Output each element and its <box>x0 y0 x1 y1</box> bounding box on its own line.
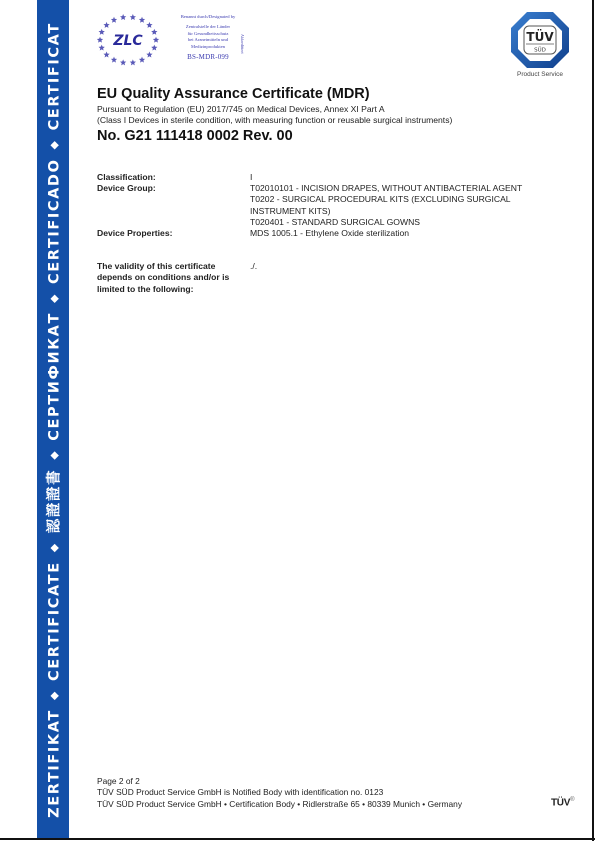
designated-by: Benannt durch/Designated by <box>163 14 253 21</box>
band-segment: CERTIFICATE <box>47 561 63 681</box>
validity-value: ./. <box>250 261 550 295</box>
page-border <box>0 838 595 840</box>
page-number: Page 2 of 2 <box>97 776 462 787</box>
page-footer: Page 2 of 2 TÜV SÜD Product Service GmbH… <box>97 776 462 810</box>
device-group-label: Device Group: <box>97 183 250 228</box>
device-group-row: Device Group: T02010101 - INCISION DRAPE… <box>97 183 557 228</box>
device-group-item: T02010101 - INCISION DRAPES, WITHOUT ANT… <box>250 183 550 194</box>
tuv-caption: Product Service <box>505 71 575 78</box>
classification-row: Classification: I <box>97 172 557 183</box>
band-segment: 認證證書 <box>47 469 63 533</box>
validity-row: The validity of this certificate depends… <box>97 261 557 295</box>
device-group-item: T0202 - SURGICAL PROCEDURAL KITS (EXCLUD… <box>250 194 550 216</box>
device-group-item: T020401 - STANDARD SURGICAL GOWNS <box>250 217 550 228</box>
svg-text:SÜD: SÜD <box>534 47 546 54</box>
device-properties-value: MDS 1005.1 - Ethylene Oxide sterilizatio… <box>250 228 550 239</box>
tuv-octagon-icon: TÜV SÜD <box>505 10 575 70</box>
band-segment: СЕРТИФИКАТ <box>47 312 63 441</box>
validity-label: The validity of this certificate depends… <box>97 261 237 295</box>
certification-body-address: TÜV SÜD Product Service GmbH • Certifica… <box>97 799 462 810</box>
diamond-icon: ◆ <box>48 690 61 700</box>
tuv-wordmark: TÜV <box>551 797 570 808</box>
certificate-details: Classification: I Device Group: T0201010… <box>97 172 557 295</box>
designation-number: BS-MDR-099 <box>163 54 253 61</box>
band-segment: ZERTIFIKAT <box>47 709 63 818</box>
subtitle-scope: (Class I Devices in sterile condition, w… <box>97 115 452 126</box>
registered-mark: ® <box>570 797 574 803</box>
tuv-footer-logo: TÜV® <box>551 797 574 808</box>
page-border <box>592 0 594 841</box>
authority-line: Zentralstelle der Länder <box>163 24 253 31</box>
certificate-title: EU Quality Assurance Certificate (MDR) <box>97 86 370 102</box>
certificate-subtitle: Pursuant to Regulation (EU) 2017/745 on … <box>97 104 452 126</box>
certificate-number: No. G21 111418 0002 Rev. 00 <box>97 128 293 144</box>
side-band-text: ZERTIFIKAT◆CERTIFICATE◆認證證書◆СЕРТИФИКАТ◆C… <box>43 22 64 818</box>
classification-value: I <box>250 172 550 183</box>
notified-body-statement: TÜV SÜD Product Service GmbH is Notified… <box>97 787 462 798</box>
device-properties-row: Device Properties: MDS 1005.1 - Ethylene… <box>97 228 557 239</box>
diamond-icon: ◆ <box>48 293 61 303</box>
diamond-icon: ◆ <box>48 542 61 552</box>
subtitle-regulation: Pursuant to Regulation (EU) 2017/745 on … <box>97 104 452 115</box>
zlc-side-text: Akkreditiert <box>240 34 245 54</box>
tuv-sud-logo: TÜV SÜD Product Service <box>505 10 575 82</box>
zlc-designation-logo: ZLC Benannt durch/Designated by Zentrals… <box>95 12 255 68</box>
diamond-icon: ◆ <box>48 139 61 149</box>
eu-stars-ring-icon: ZLC <box>95 12 161 68</box>
classification-label: Classification: <box>97 172 250 183</box>
svg-text:TÜV: TÜV <box>526 29 554 44</box>
band-segment: CERTIFICADO <box>47 158 63 283</box>
svg-text:ZLC: ZLC <box>112 33 143 49</box>
device-properties-label: Device Properties: <box>97 228 250 239</box>
band-segment: CERTIFICAT <box>47 22 63 130</box>
device-group-values: T02010101 - INCISION DRAPES, WITHOUT ANT… <box>250 183 550 228</box>
diamond-icon: ◆ <box>48 450 61 460</box>
